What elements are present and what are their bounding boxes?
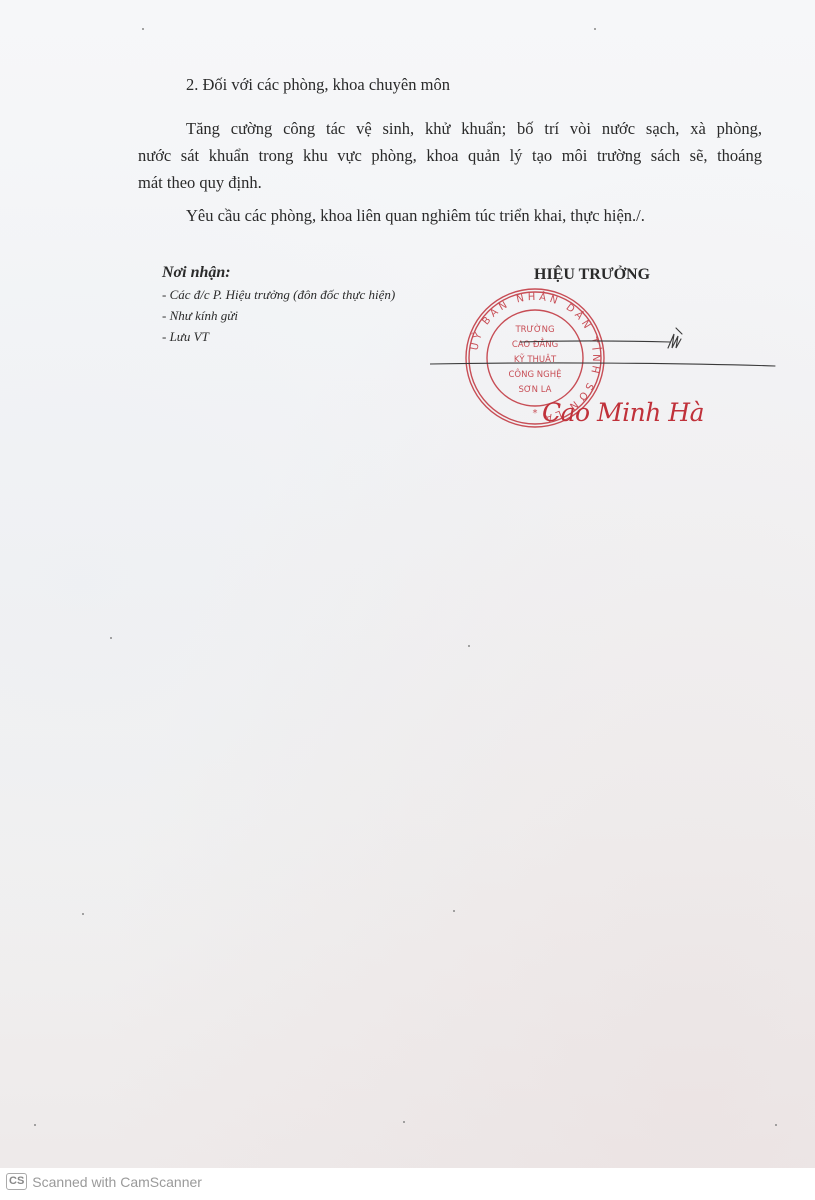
camscanner-watermark: CS Scanned with CamScanner <box>6 1173 202 1190</box>
paragraph-line: Tăng cường công tác vệ sinh, khử khuẩn; … <box>186 118 762 140</box>
svg-text:*: * <box>533 408 538 419</box>
section-heading: 2. Đối với các phòng, khoa chuyên môn <box>186 74 450 96</box>
scanned-page <box>0 0 815 1168</box>
seal-line: SƠN LA <box>519 385 552 395</box>
scan-speck <box>82 913 84 915</box>
recipient-item: - Lưu VT <box>162 326 395 347</box>
recipients-title: Nơi nhận: <box>162 262 395 284</box>
signature-title: HIỆU TRƯỞNG <box>534 266 650 284</box>
scan-speck <box>34 1124 36 1126</box>
scan-speck <box>110 637 112 639</box>
camscanner-logo-icon: CS <box>6 1173 27 1190</box>
paragraph-line: nước sát khuẩn trong khu vực phòng, khoa… <box>138 145 762 167</box>
paragraph-line: mát theo quy định. <box>138 172 262 194</box>
signer-name: Cao Minh Hà <box>542 398 704 427</box>
closing-paragraph: Yêu cầu các phòng, khoa liên quan nghiêm… <box>186 205 645 227</box>
recipient-item: - Như kính gửi <box>162 305 395 326</box>
scan-speck <box>775 1124 777 1126</box>
scan-speck <box>468 645 470 647</box>
recipients-block: Nơi nhận: - Các đ/c P. Hiệu trưởng (đôn … <box>162 262 395 347</box>
scan-speck <box>453 910 455 912</box>
scan-speck <box>594 28 596 30</box>
handwritten-signature <box>430 320 790 380</box>
scan-speck <box>142 28 144 30</box>
scan-speck <box>403 1121 405 1123</box>
recipient-item: - Các đ/c P. Hiệu trưởng (đôn đốc thực h… <box>162 284 395 305</box>
watermark-text: Scanned with CamScanner <box>32 1174 202 1190</box>
